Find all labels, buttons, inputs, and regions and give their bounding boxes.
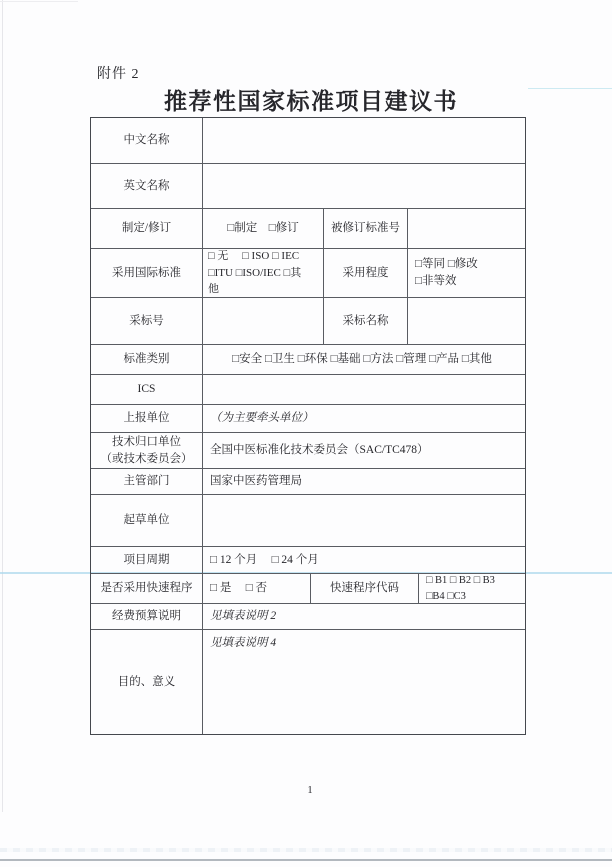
category-label: 标准类别: [91, 345, 203, 374]
intl-standard-label: 采用国际标准: [91, 249, 203, 297]
row-chinese-name: 中文名称: [91, 118, 525, 164]
draft-revise-label: 制定/修订: [91, 209, 203, 248]
drafting-unit-label: 起草单位: [91, 495, 203, 546]
intl-standard-checkboxes: □ 无 □ ISO □ IEC □ITU □ISO/IEC □其 他: [203, 249, 324, 297]
row-ics: ICS: [91, 375, 525, 405]
reporting-unit-value: （为主要牵头单位）: [203, 405, 525, 432]
adopt-name-label: 采标名称: [324, 298, 408, 344]
adopt-no-value: [203, 298, 324, 344]
ics-value: [203, 375, 525, 404]
english-name-value: [203, 164, 525, 208]
scan-top-edge-line: [0, 1, 78, 2]
drafting-unit-value: [203, 495, 525, 546]
scan-dotted-band: [0, 848, 612, 852]
row-adopt-no: 采标号 采标名称: [91, 298, 525, 345]
competent-dept-label: 主管部门: [91, 469, 203, 494]
row-budget: 经费预算说明 见填表说明 2: [91, 604, 525, 630]
page-number: 1: [0, 785, 612, 796]
adoption-degree-label: 采用程度: [324, 249, 408, 297]
english-name-label: 英文名称: [91, 164, 203, 208]
adoption-degree-checkboxes: □等同 □修改 □非等效: [408, 249, 525, 297]
project-cycle-label: 项目周期: [91, 547, 203, 573]
purpose-label: 目的、意义: [91, 630, 203, 734]
category-checkboxes: □安全 □卫生 □环保 □基础 □方法 □管理 □产品 □其他: [203, 345, 525, 374]
row-drafting-unit: 起草单位: [91, 495, 525, 547]
form-title: 推荐性国家标准项目建议书: [0, 83, 612, 116]
proposal-form-table: 中文名称 英文名称 制定/修订 □制定 □修订 被修订标准号 采用国际标准 □ …: [90, 117, 526, 735]
technical-unit-label: 技术归口单位 （或技术委员会）: [91, 433, 203, 468]
fast-track-code-checkboxes: □ B1 □ B2 □ B3 □B4 □C3: [419, 574, 525, 603]
technical-unit-value: 全国中医标准化技术委员会（SAC/TC478）: [203, 433, 525, 468]
chinese-name-value: [203, 118, 525, 163]
competent-dept-value: 国家中医药管理局: [203, 469, 525, 494]
reporting-unit-label: 上报单位: [91, 405, 203, 432]
row-purpose: 目的、意义 见填表说明 4: [91, 630, 525, 734]
row-project-cycle: 项目周期 □ 12 个月 □ 24 个月: [91, 547, 525, 574]
fast-track-label: 是否采用快速程序: [91, 574, 203, 603]
fast-track-checkboxes: □ 是 □ 否: [203, 574, 311, 603]
revised-standard-no-value: [408, 209, 525, 248]
row-english-name: 英文名称: [91, 164, 525, 209]
budget-label: 经费预算说明: [91, 604, 203, 629]
chinese-name-label: 中文名称: [91, 118, 203, 163]
row-reporting-unit: 上报单位 （为主要牵头单位）: [91, 405, 525, 433]
row-intl-standard: 采用国际标准 □ 无 □ ISO □ IEC □ITU □ISO/IEC □其 …: [91, 249, 525, 298]
adopt-no-label: 采标号: [91, 298, 203, 344]
row-fast-track: 是否采用快速程序 □ 是 □ 否 快速程序代码 □ B1 □ B2 □ B3 □…: [91, 574, 525, 604]
budget-value: 见填表说明 2: [203, 604, 525, 629]
project-cycle-checkboxes: □ 12 个月 □ 24 个月: [203, 547, 525, 573]
purpose-value: 见填表说明 4: [203, 630, 525, 734]
fast-track-code-label: 快速程序代码: [311, 574, 419, 603]
scan-bottom-shadow-line: [0, 859, 612, 861]
row-draft-revise: 制定/修订 □制定 □修订 被修订标准号: [91, 209, 525, 249]
revised-standard-no-label: 被修订标准号: [324, 209, 408, 248]
ics-label: ICS: [91, 375, 203, 404]
draft-revise-checkboxes: □制定 □修订: [203, 209, 324, 248]
row-category: 标准类别 □安全 □卫生 □环保 □基础 □方法 □管理 □产品 □其他: [91, 345, 525, 375]
scan-left-edge-line: [2, 0, 3, 812]
row-technical-unit: 技术归口单位 （或技术委员会） 全国中医标准化技术委员会（SAC/TC478）: [91, 433, 525, 469]
adopt-name-value: [408, 298, 525, 344]
row-competent-dept: 主管部门 国家中医药管理局: [91, 469, 525, 495]
attachment-label: 附件 2: [97, 63, 140, 83]
